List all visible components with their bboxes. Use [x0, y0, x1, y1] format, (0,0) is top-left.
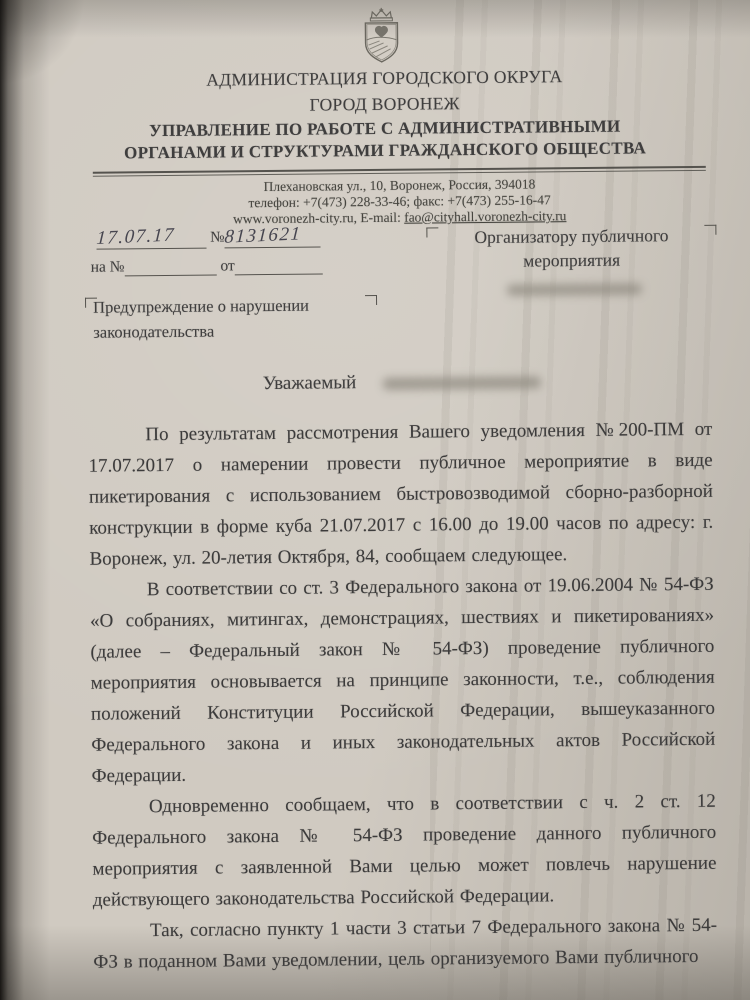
voronezh-coat-of-arms-icon: [357, 6, 406, 69]
body-paragraph-1: По результатам рассмотрения Вашего уведо…: [88, 414, 713, 575]
org-name-line2: ГОРОД ВОРОНЕЖ: [22, 90, 747, 118]
redacted-addressee-name: [507, 283, 642, 295]
handwritten-date: 17.07.17: [96, 225, 176, 251]
redacted-recipient-name: [383, 376, 541, 390]
addressee-line2: мероприятия: [427, 249, 717, 273]
department-name-line2: ОРГАНАМИ И СТРУКТУРАМИ ГРАЖДАНСКОГО ОБЩЕ…: [23, 137, 748, 164]
letter-body: По результатам рассмотрения Вашего уведо…: [88, 414, 717, 978]
subject-line1: Предупреждение о нарушении: [93, 296, 309, 318]
reply-number-label: на №: [91, 258, 125, 275]
body-paragraph-4: Так, согласно пункту 1 части 3 статьи 7 …: [93, 910, 718, 978]
reply-reference-row: на № от: [91, 256, 323, 276]
org-name-line1: АДМИНИСТРАЦИЯ ГОРОДСКОГО ОКРУГА: [22, 64, 747, 92]
reply-date-blank: [235, 257, 323, 275]
number-sign-label: №: [210, 229, 224, 245]
email-address: fao@cityhall.voronezh-city.ru: [404, 208, 566, 225]
outgoing-date-field: 17.07.17: [96, 226, 206, 250]
subject-corner-mark-right: [365, 295, 377, 305]
outgoing-number-field: 8131621: [224, 225, 320, 249]
addressee-line1: Организатору публичного: [426, 225, 716, 249]
outgoing-reference-row: 17.07.17 №8131621: [96, 225, 320, 250]
subject-line2: законодательства: [93, 322, 214, 343]
reply-number-blank: [124, 259, 216, 277]
handwritten-number: 8131621: [224, 223, 302, 249]
body-paragraph-3: Одновременно сообщаем, что в соответстви…: [92, 786, 717, 916]
document-page: АДМИНИСТРАЦИЯ ГОРОДСКОГО ОКРУГА ГОРОД ВО…: [0, 0, 750, 1000]
subject-block: Предупреждение о нарушении законодательс…: [85, 293, 378, 360]
reply-from-label: от: [220, 257, 234, 274]
addressee-block: Организатору публичного мероприятия: [426, 223, 717, 304]
salutation-text: Уважаемый: [263, 372, 357, 395]
body-paragraph-2: В соответствии со ст. 3 Федерального зак…: [90, 569, 716, 792]
